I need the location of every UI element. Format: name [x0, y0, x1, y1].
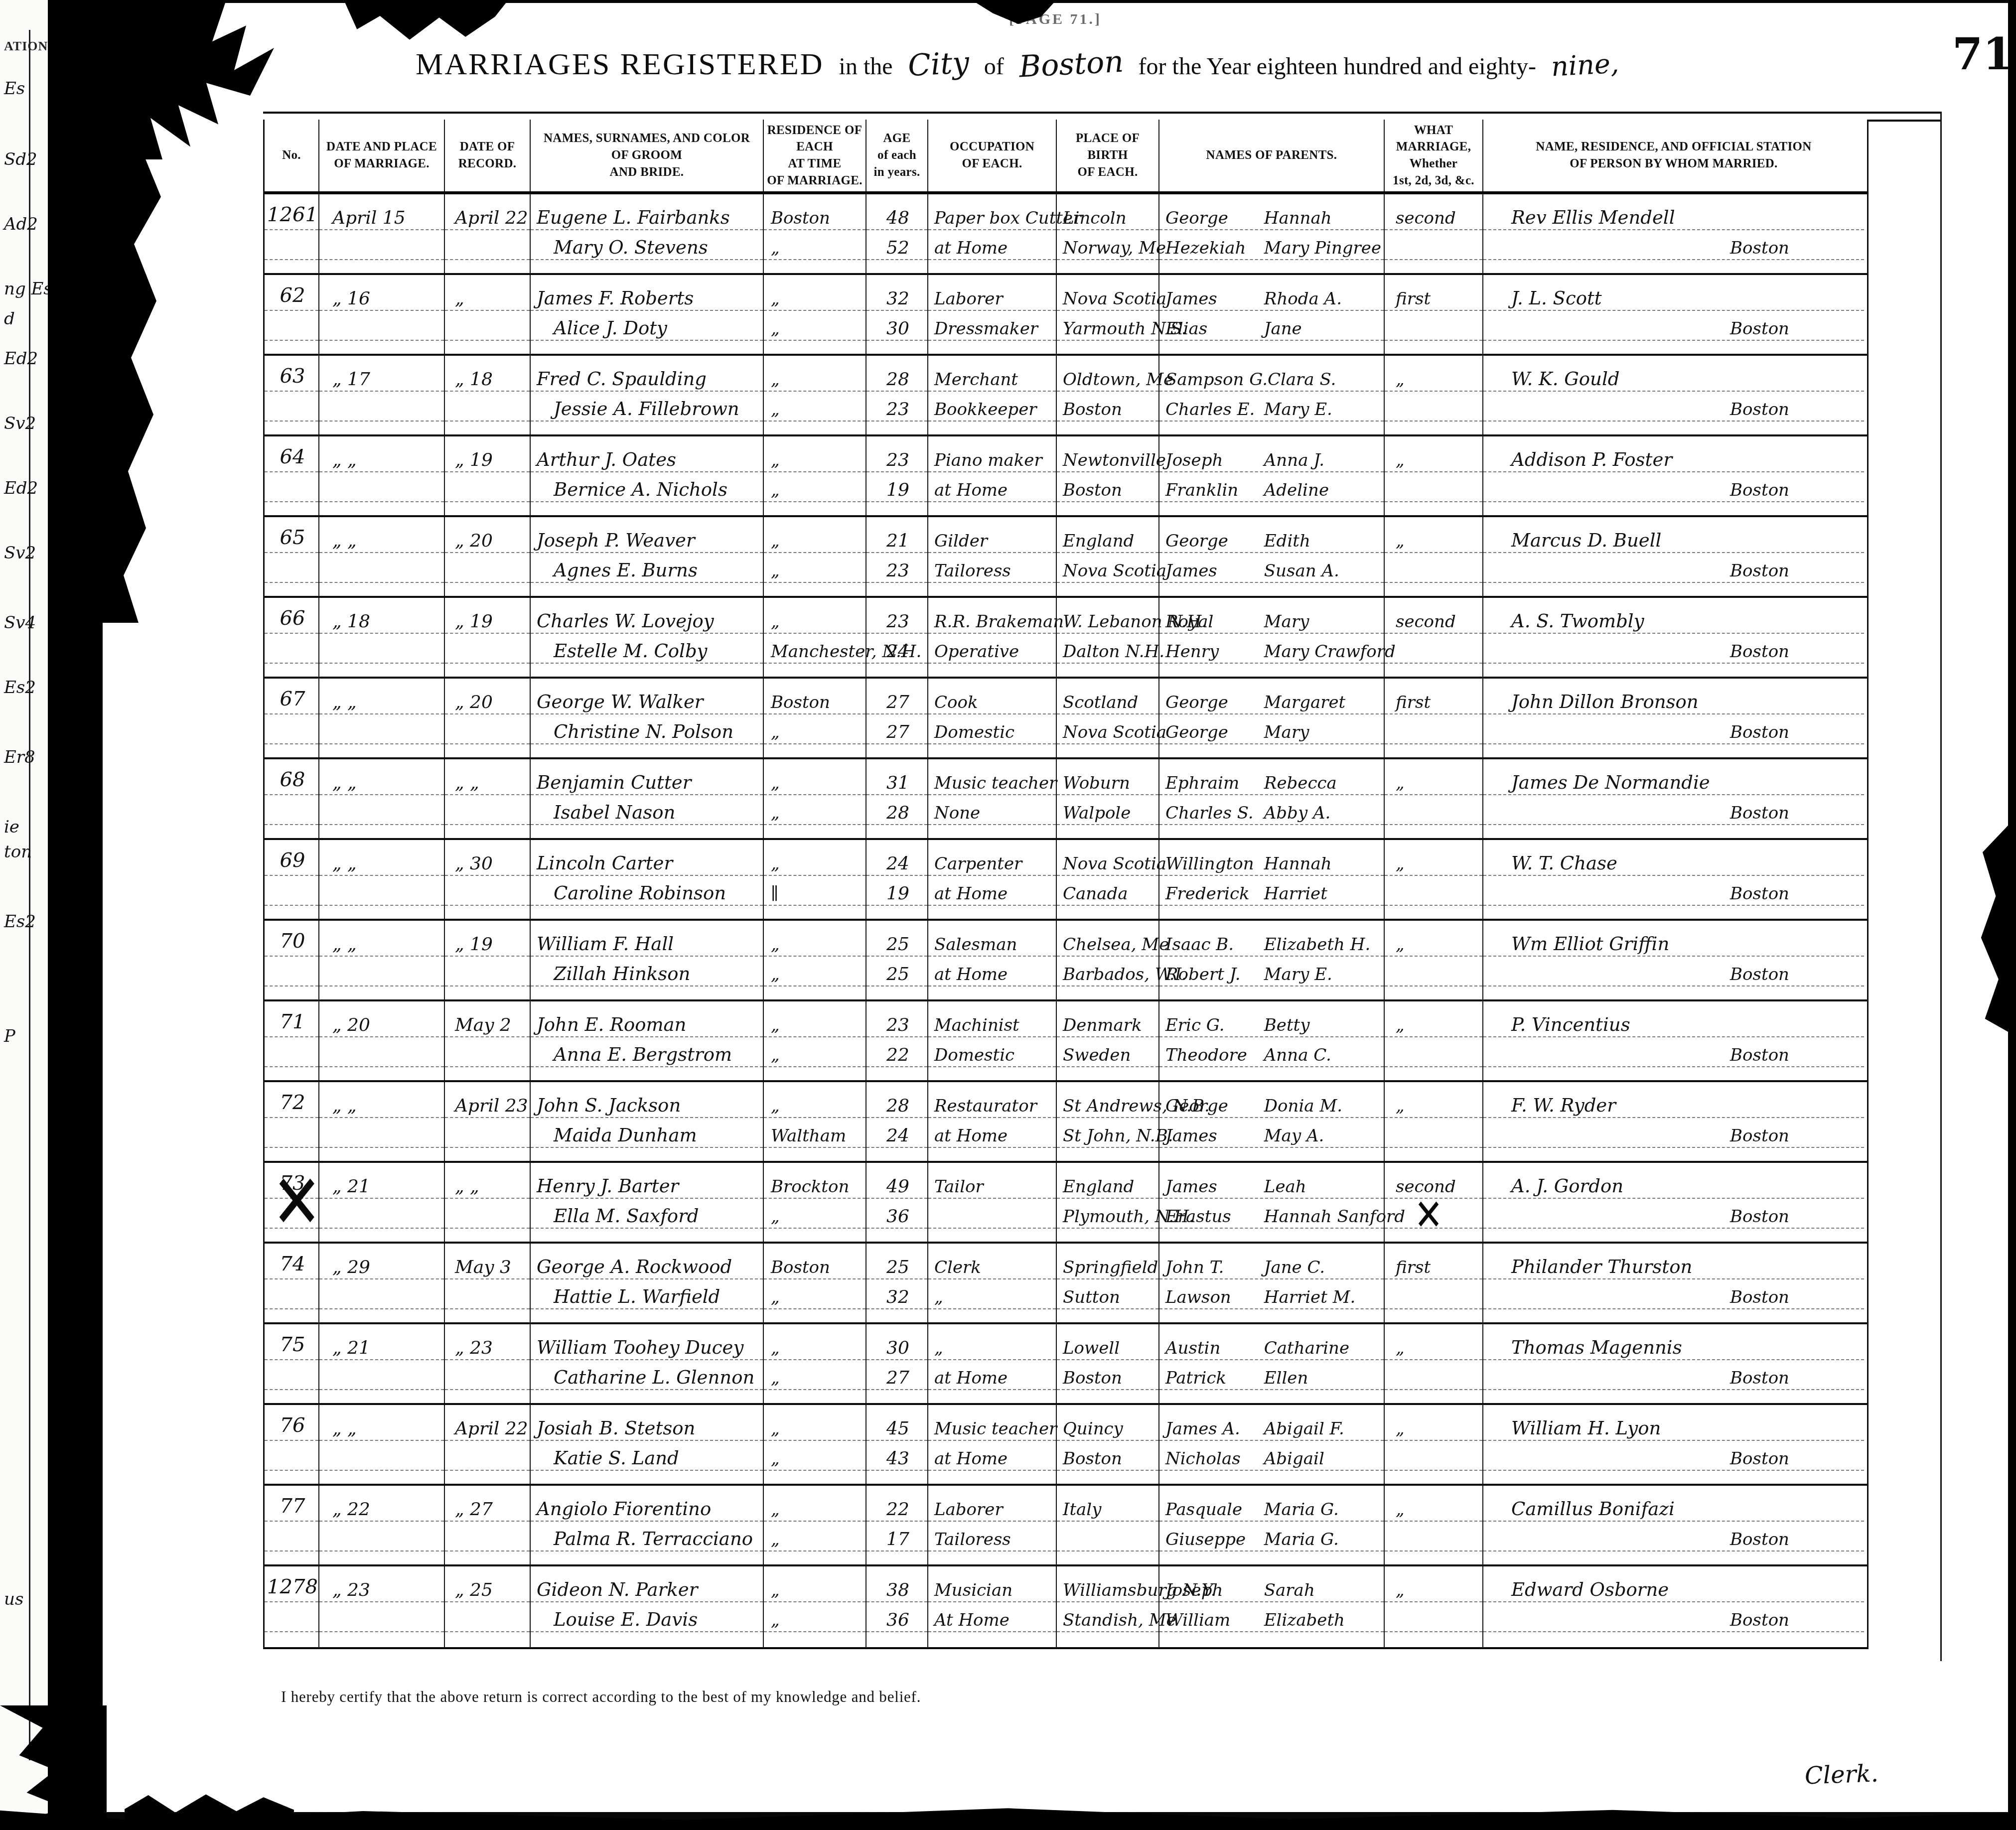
ledger-line: 25	[866, 921, 927, 957]
table-row: 62„ 16„James F. RobertsAlice J. Doty„„32…	[265, 275, 1867, 356]
bride-mother: Mary E.	[1264, 965, 1380, 985]
bride-father: Patrick	[1165, 1368, 1264, 1388]
column-header-label: OCCUPATION OF EACH.	[950, 139, 1034, 172]
groom-age: 23	[886, 450, 909, 470]
ledger-line: W. Lebanon N.H.	[1057, 598, 1158, 634]
table-row: 74„ 29May 3George A. RockwoodHattie L. W…	[265, 1244, 1867, 1324]
ledger-line: Carpenter	[928, 840, 1056, 876]
table-cell: 4543	[865, 1405, 927, 1484]
bride-birthplace: Nova Scotia	[1063, 722, 1166, 742]
bride-age: 25	[886, 964, 909, 985]
ledger-line: „ 21	[319, 1324, 444, 1360]
ledger-line: „	[764, 1082, 865, 1118]
table-cell: 4852	[865, 194, 927, 273]
margin-fragment: d	[4, 309, 15, 329]
bride-age: 19	[886, 883, 909, 904]
bride-occupation: at Home	[934, 1449, 1008, 1469]
ledger-line: Catharine L. Glennon	[531, 1360, 763, 1390]
ledger-line: at Home	[928, 1118, 1056, 1148]
ledger-line: „	[1385, 1324, 1482, 1360]
marriage-ordinal: first	[1396, 289, 1431, 309]
bride-name: Anna E. Bergstrom	[554, 1044, 732, 1065]
ledger-line: first	[1385, 275, 1482, 311]
groom-father: Isaac B.	[1165, 935, 1264, 955]
ledger-line: „ „	[319, 921, 444, 957]
marriage-date: „ „	[332, 934, 357, 955]
bride-residence: „	[771, 400, 780, 420]
table-cell: R.R. BrakemanOperative	[927, 598, 1056, 677]
ledger-line: „	[764, 1279, 865, 1309]
groom-residence: „	[771, 450, 780, 470]
groom-age: 49	[886, 1176, 909, 1197]
ledger-line: Gideon N. Parker	[531, 1566, 763, 1602]
ledger-line: Boston	[1057, 1441, 1158, 1471]
ledger-line: Springfield	[1057, 1244, 1158, 1279]
ledger-line	[1385, 392, 1482, 422]
groom-occupation: Machinist	[934, 1015, 1019, 1035]
groom-residence: „	[771, 935, 780, 955]
bride-name: Mary O. Stevens	[554, 237, 708, 258]
marriage-ordinal: „	[1396, 531, 1405, 551]
bride-age: 27	[886, 1368, 909, 1388]
margin-fragment: Ed2	[4, 478, 38, 498]
groom-father: Royal	[1165, 612, 1264, 632]
bride-birthplace: Walpole	[1063, 803, 1131, 823]
groom-mother: Rhoda A.	[1264, 289, 1380, 309]
bride-residence: „	[771, 803, 780, 823]
ledger-line: None	[928, 795, 1056, 825]
ledger-line: Domestic	[928, 714, 1056, 744]
ledger-line: Boston	[1483, 1602, 1864, 1632]
table-cell: William H. LyonBoston	[1482, 1405, 1864, 1484]
table-cell: LincolnNorway, Me	[1056, 194, 1158, 273]
ledger-line: Boston	[1483, 714, 1864, 744]
groom-age: 24	[886, 853, 909, 874]
table-cell: „ 29	[318, 1244, 444, 1322]
row-number: 1261	[267, 203, 318, 226]
ledger-line: „ 16	[319, 275, 444, 311]
record-date: „ 19	[455, 450, 493, 470]
row-number: 77	[280, 1495, 305, 1518]
ledger-line: „ 25	[445, 1566, 530, 1602]
table-cell: April 23	[444, 1082, 530, 1161]
officiant-name: James De Normandie	[1511, 772, 1710, 793]
groom-name: Eugene L. Fairbanks	[537, 207, 730, 228]
table-cell: „„	[763, 759, 865, 838]
groom-age: 25	[886, 1257, 909, 1277]
ledger-line: Joseph P. Weaver	[531, 517, 763, 553]
groom-mother: Rebecca	[1264, 773, 1380, 793]
margin-fragment: Ad2	[4, 214, 38, 234]
ledger-line	[265, 876, 318, 906]
table-cell: 2322	[865, 1001, 927, 1080]
table-cell: J. L. ScottBoston	[1482, 275, 1864, 354]
groom-age: 31	[886, 773, 909, 793]
officiant-name: Rev Ellis Mendell	[1511, 207, 1675, 228]
ledger-line	[319, 1199, 444, 1229]
ledger-line: 27	[866, 679, 927, 714]
groom-father: James	[1165, 289, 1264, 309]
officiant-name: Camillus Bonifazi	[1511, 1498, 1675, 1520]
marriage-date: „ 21	[332, 1176, 370, 1197]
ledger-line: Sutton	[1057, 1279, 1158, 1309]
ledger-line: Thomas Magennis	[1483, 1324, 1864, 1360]
marriage-ordinal: first	[1396, 1258, 1431, 1277]
margin-fragment: ng Es	[4, 279, 52, 299]
ledger-line: „	[764, 921, 865, 957]
marriage-ordinal: „	[1396, 1015, 1405, 1035]
ledger-line: Boston	[1483, 1199, 1864, 1229]
table-cell: Eric G.BettyTheodoreAnna C.	[1158, 1001, 1384, 1080]
ledger-line: Estelle M. Colby	[531, 634, 763, 664]
column-header-label: NAME, RESIDENCE, AND OFFICIAL STATION OF…	[1536, 139, 1811, 172]
bride-name: Jessie A. Fillebrown	[554, 398, 739, 420]
ledger-line: 22	[866, 1486, 927, 1522]
groom-name: William Toohey Ducey	[537, 1337, 743, 1358]
ledger-line: Caroline Robinson	[531, 876, 763, 906]
ledger-line: Dressmaker	[928, 311, 1056, 341]
ledger-line: Louise E. Davis	[531, 1602, 763, 1632]
ledger-line: Piano maker	[928, 436, 1056, 472]
table-cell: „Manchester, N.H.	[763, 598, 865, 677]
marriage-ordinal: first	[1396, 693, 1431, 712]
ledger-line: Boston	[1483, 392, 1864, 422]
bride-birthplace: Dalton N.H.	[1063, 642, 1164, 662]
groom-mother: Clara S.	[1268, 370, 1380, 390]
ledger-line	[319, 1441, 444, 1471]
table-cell: 72	[265, 1082, 318, 1161]
ledger-line: 24	[866, 840, 927, 876]
groom-father: Eric G.	[1165, 1015, 1264, 1035]
record-date: April 22	[455, 208, 528, 228]
bride-age: 24	[886, 1126, 909, 1146]
record-date: „ 23	[455, 1338, 493, 1358]
marriage-ordinal: second	[1396, 612, 1456, 632]
ledger-line: Tailoress	[928, 553, 1056, 583]
ledger-line: 27	[866, 714, 927, 744]
table-cell: May 2	[444, 1001, 530, 1080]
ledger-line: 63	[265, 356, 318, 392]
table-cell: NewtonvilleBoston	[1056, 436, 1158, 515]
table-cell: MusicianAt Home	[927, 1566, 1056, 1647]
bride-age: 30	[886, 318, 909, 339]
row-number: 1278	[267, 1575, 318, 1598]
table-cell: 2319	[865, 436, 927, 515]
ledger-line: Boston	[1483, 311, 1864, 341]
groom-occupation: Merchant	[934, 370, 1018, 390]
groom-birthplace: Oldtown, Me	[1063, 370, 1173, 390]
groom-occupation: Restaurator	[934, 1096, 1037, 1116]
table-cell: „ „	[318, 679, 444, 757]
ledger-line: Merchant	[928, 356, 1056, 392]
table-cell: second✕	[1384, 1163, 1482, 1242]
ledger-line: „	[928, 1324, 1056, 1360]
ledger-line: „ 18	[445, 356, 530, 392]
marriage-ordinal: „	[1396, 1338, 1405, 1358]
groom-occupation: Music teacher	[934, 773, 1057, 793]
record-date: „ 18	[455, 369, 493, 390]
record-date: „ 19	[455, 934, 493, 955]
table-cell: William Toohey DuceyCatharine L. Glennon	[530, 1324, 763, 1403]
table-cell: Boston„	[763, 1244, 865, 1322]
ledger-line: Brockton	[764, 1163, 865, 1199]
ledger-line: LawsonHarriet M.	[1159, 1279, 1384, 1309]
marriage-date: „ 18	[332, 611, 370, 632]
ledger-line: St John, N.B.	[1057, 1118, 1158, 1148]
table-cell: „	[444, 275, 530, 354]
ledger-line: Italy	[1057, 1486, 1158, 1522]
ledger-line: Wm Elliot Griffin	[1483, 921, 1864, 957]
ledger-line: 28	[866, 356, 927, 392]
record-date: April 22	[455, 1418, 528, 1439]
bride-occupation: at Home	[934, 884, 1008, 904]
ledger-line: William F. Hall	[531, 921, 763, 957]
groom-mother: Hannah	[1264, 854, 1380, 874]
officiant-residence: Boston	[1730, 1287, 1789, 1307]
groom-father: John T.	[1165, 1258, 1264, 1277]
table-cell: CookDomestic	[927, 679, 1056, 757]
table-cell: GeorgeHannahHezekiahMary Pingree	[1158, 194, 1384, 273]
bride-age: 36	[886, 1610, 909, 1630]
table-cell: Sampson G.Clara S.Charles E.Mary E.	[1158, 356, 1384, 434]
ledger-line: 24	[866, 1118, 927, 1148]
margin-fragment: ie	[4, 817, 19, 837]
table-cell: „ 18	[318, 598, 444, 677]
ledger-line: Boston	[1483, 472, 1864, 502]
bride-name: Maida Dunham	[554, 1125, 697, 1146]
column-header: NAME, RESIDENCE, AND OFFICIAL STATION OF…	[1482, 120, 1864, 191]
ledger-line: 21	[866, 517, 927, 553]
groom-residence: „	[771, 1500, 780, 1520]
ledger-line	[1385, 553, 1482, 583]
ledger-line: George A. Rockwood	[531, 1244, 763, 1279]
groom-name: Josiah B. Stetson	[537, 1417, 695, 1439]
ledger-line: Norway, Me	[1057, 230, 1158, 260]
groom-age: 27	[886, 692, 909, 712]
ledger-line: „ 23	[319, 1566, 444, 1602]
groom-mother: Leah	[1264, 1177, 1380, 1197]
ledger-line	[445, 472, 530, 502]
table-cell: JamesLeahErastusHannah Sanford	[1158, 1163, 1384, 1242]
margin-fragment: Sv2	[4, 543, 36, 563]
ledger-line: 23	[866, 1001, 927, 1037]
ledger-line: JosephSarah	[1159, 1566, 1384, 1602]
table-row: 63„ 17„ 18Fred C. SpauldingJessie A. Fil…	[265, 356, 1867, 436]
ledger-line: „	[764, 436, 865, 472]
table-cell: F. W. RyderBoston	[1482, 1082, 1864, 1161]
ledger-line: JamesMay A.	[1159, 1118, 1384, 1148]
table-cell: April 22	[444, 194, 530, 273]
ledger-line: 24	[866, 634, 927, 664]
table-cell: John E. RoomanAnna E. Bergstrom	[530, 1001, 763, 1080]
ledger-line: second	[1385, 194, 1482, 230]
ledger-line: May 3	[445, 1244, 530, 1279]
groom-age: 30	[886, 1338, 909, 1358]
ledger-line: 30	[866, 1324, 927, 1360]
torn-edge	[48, 0, 103, 1830]
groom-birthplace: England	[1063, 1177, 1134, 1197]
table-cell: „	[1384, 1082, 1482, 1161]
groom-father: Willington	[1165, 854, 1264, 874]
marriage-date: „ 20	[332, 1015, 370, 1035]
table-cell: Joseph P. WeaverAgnes E. Burns	[530, 517, 763, 596]
marriage-date: „ „	[332, 1418, 357, 1439]
ledger-line: FrederickHarriet	[1159, 876, 1384, 906]
ledger-line: „ „	[319, 436, 444, 472]
bride-occupation: Domestic	[934, 1045, 1014, 1065]
record-date: „ 19	[455, 611, 493, 632]
record-date: „ 20	[455, 692, 493, 712]
ledger-line: 32	[866, 1279, 927, 1309]
table-cell: 62	[265, 275, 318, 354]
ledger-line	[319, 957, 444, 986]
table-cell: 75	[265, 1324, 318, 1403]
ledger-line	[1385, 472, 1482, 502]
groom-father: Joseph	[1165, 1580, 1264, 1600]
table-cell: „ 20	[318, 1001, 444, 1080]
ledger-line: „	[764, 472, 865, 502]
groom-birthplace: Scotland	[1063, 693, 1138, 712]
groom-mother: Donia M.	[1264, 1096, 1380, 1116]
record-date: „ 30	[455, 853, 493, 874]
bride-occupation: None	[934, 803, 980, 823]
bride-occupation: Dressmaker	[934, 319, 1038, 339]
groom-mother: Maria G.	[1264, 1500, 1380, 1520]
ledger-line: St Andrews, N.B.	[1057, 1082, 1158, 1118]
row-number: 64	[280, 445, 305, 468]
officiant-name: Edward Osborne	[1511, 1579, 1669, 1600]
groom-name: Charles W. Lovejoy	[537, 610, 714, 632]
groom-name: Joseph P. Weaver	[537, 530, 695, 551]
ledger-line: „ 21	[319, 1163, 444, 1199]
groom-birthplace: Lincoln	[1063, 208, 1127, 228]
ledger-line: Boston	[1483, 1037, 1864, 1067]
ledger-line: „ 20	[319, 1001, 444, 1037]
bride-occupation: „	[934, 1287, 943, 1307]
table-cell: „	[1384, 517, 1482, 596]
ledger-line: Sampson G.Clara S.	[1159, 356, 1384, 392]
column-header: NAMES, SURNAMES, AND COLOR OF GROOM AND …	[530, 120, 763, 191]
table-cell: Thomas MagennisBoston	[1482, 1324, 1864, 1403]
ledger-line: „	[764, 553, 865, 583]
title-handwritten-year: nine,	[1550, 47, 1619, 82]
table-cell: 69	[265, 840, 318, 919]
ledger-line	[445, 714, 530, 744]
table-cell: GeorgeEdithJamesSusan A.	[1158, 517, 1384, 596]
table-cell: „„	[763, 517, 865, 596]
ledger-line: „	[764, 311, 865, 341]
ledger-line: John Dillon Bronson	[1483, 679, 1864, 714]
bride-birthplace: Sweden	[1063, 1045, 1131, 1065]
bride-father: James	[1165, 1126, 1264, 1146]
bride-occupation: at Home	[934, 1126, 1008, 1146]
ledger-line: „	[764, 1486, 865, 1522]
ledger-line: John S. Jackson	[531, 1082, 763, 1118]
ledger-line: 36	[866, 1199, 927, 1229]
ledger-line: 28	[866, 795, 927, 825]
table-cell: second	[1384, 194, 1482, 273]
ledger-line: Marcus D. Buell	[1483, 517, 1864, 553]
ledger-line: „	[764, 275, 865, 311]
ledger-line: Philander Thurston	[1483, 1244, 1864, 1279]
bride-father: Charles S.	[1165, 803, 1264, 823]
table-cell: „„	[763, 1566, 865, 1647]
ledger-line: 27	[866, 1360, 927, 1390]
ledger-line: 68	[265, 759, 318, 795]
ledger-line: May 2	[445, 1001, 530, 1037]
bride-age: 22	[886, 1045, 909, 1065]
ledger-line: Boston	[1483, 1441, 1864, 1471]
ledger-line: Oldtown, Me	[1057, 356, 1158, 392]
ledger-line: ∥	[764, 876, 865, 906]
ledger-line: „	[764, 392, 865, 422]
bride-name: Catharine L. Glennon	[554, 1367, 754, 1388]
marriage-date: „ „	[332, 450, 357, 470]
table-cell: LowellBoston	[1056, 1324, 1158, 1403]
clerk-signature: Clerk.	[1804, 1759, 1879, 1790]
ledger-line: Boston	[1483, 634, 1864, 664]
bride-name: Ella M. Saxford	[554, 1205, 699, 1227]
table-row: 1278„ 23„ 25Gideon N. ParkerLouise E. Da…	[265, 1566, 1867, 1647]
column-header: No.	[265, 120, 318, 191]
ledger-line: GeorgeHannah	[1159, 194, 1384, 230]
ledger-line	[1385, 795, 1482, 825]
record-date: „ 27	[455, 1499, 493, 1520]
ledger-line: Gilder	[928, 517, 1056, 553]
marriage-date: „ 21	[332, 1338, 370, 1358]
row-number: 65	[280, 526, 305, 549]
table-cell: „	[1384, 356, 1482, 434]
groom-birthplace: Lowell	[1063, 1338, 1120, 1358]
table-cell: „„	[763, 1324, 865, 1403]
bride-age: 24	[886, 641, 909, 662]
table-cell: Boston„	[763, 679, 865, 757]
ledger-line: 25	[866, 957, 927, 986]
ledger-line: 32	[866, 275, 927, 311]
ledger-line: 19	[866, 472, 927, 502]
groom-birthplace: Denmark	[1063, 1015, 1142, 1035]
groom-residence: „	[771, 1580, 780, 1600]
table-body: 1261April 15April 22Eugene L. FairbanksM…	[265, 194, 1867, 1647]
table-row: 77„ 22„ 27Angiolo FiorentinoPalma R. Ter…	[265, 1486, 1867, 1566]
ledger-line: George W. Walker	[531, 679, 763, 714]
officiant-name: P. Vincentius	[1511, 1014, 1630, 1035]
margin-fragment: Sv4	[4, 613, 36, 633]
bride-name: Agnes E. Burns	[554, 560, 698, 581]
table-cell: George A. RockwoodHattie L. Warfield	[530, 1244, 763, 1322]
ledger-line: Henry J. Barter	[531, 1163, 763, 1199]
ledger-line: Nova Scotia	[1057, 840, 1158, 876]
ledger-line: „	[1385, 517, 1482, 553]
table-cell: JosephSarahWilliamElizabeth	[1158, 1566, 1384, 1647]
table-cell: „ 20	[444, 679, 530, 757]
ledger-line: Machinist	[928, 1001, 1056, 1037]
groom-occupation: „	[934, 1338, 943, 1358]
groom-residence: „	[771, 1338, 780, 1358]
table-cell: 73✕	[265, 1163, 318, 1242]
table-cell: „ „	[318, 1405, 444, 1484]
groom-father: Ephraim	[1165, 773, 1264, 793]
ledger-line: ErastusHannah Sanford	[1159, 1199, 1384, 1229]
marriage-ordinal: „	[1396, 1580, 1405, 1600]
ledger-line	[445, 1522, 530, 1551]
table-cell: Wm Elliot GriffinBoston	[1482, 921, 1864, 999]
groom-age: 25	[886, 934, 909, 955]
officiant-residence: Boston	[1730, 1126, 1789, 1146]
bride-occupation: at Home	[934, 1368, 1008, 1388]
table-cell: W. T. ChaseBoston	[1482, 840, 1864, 919]
groom-residence: Brockton	[771, 1177, 849, 1197]
